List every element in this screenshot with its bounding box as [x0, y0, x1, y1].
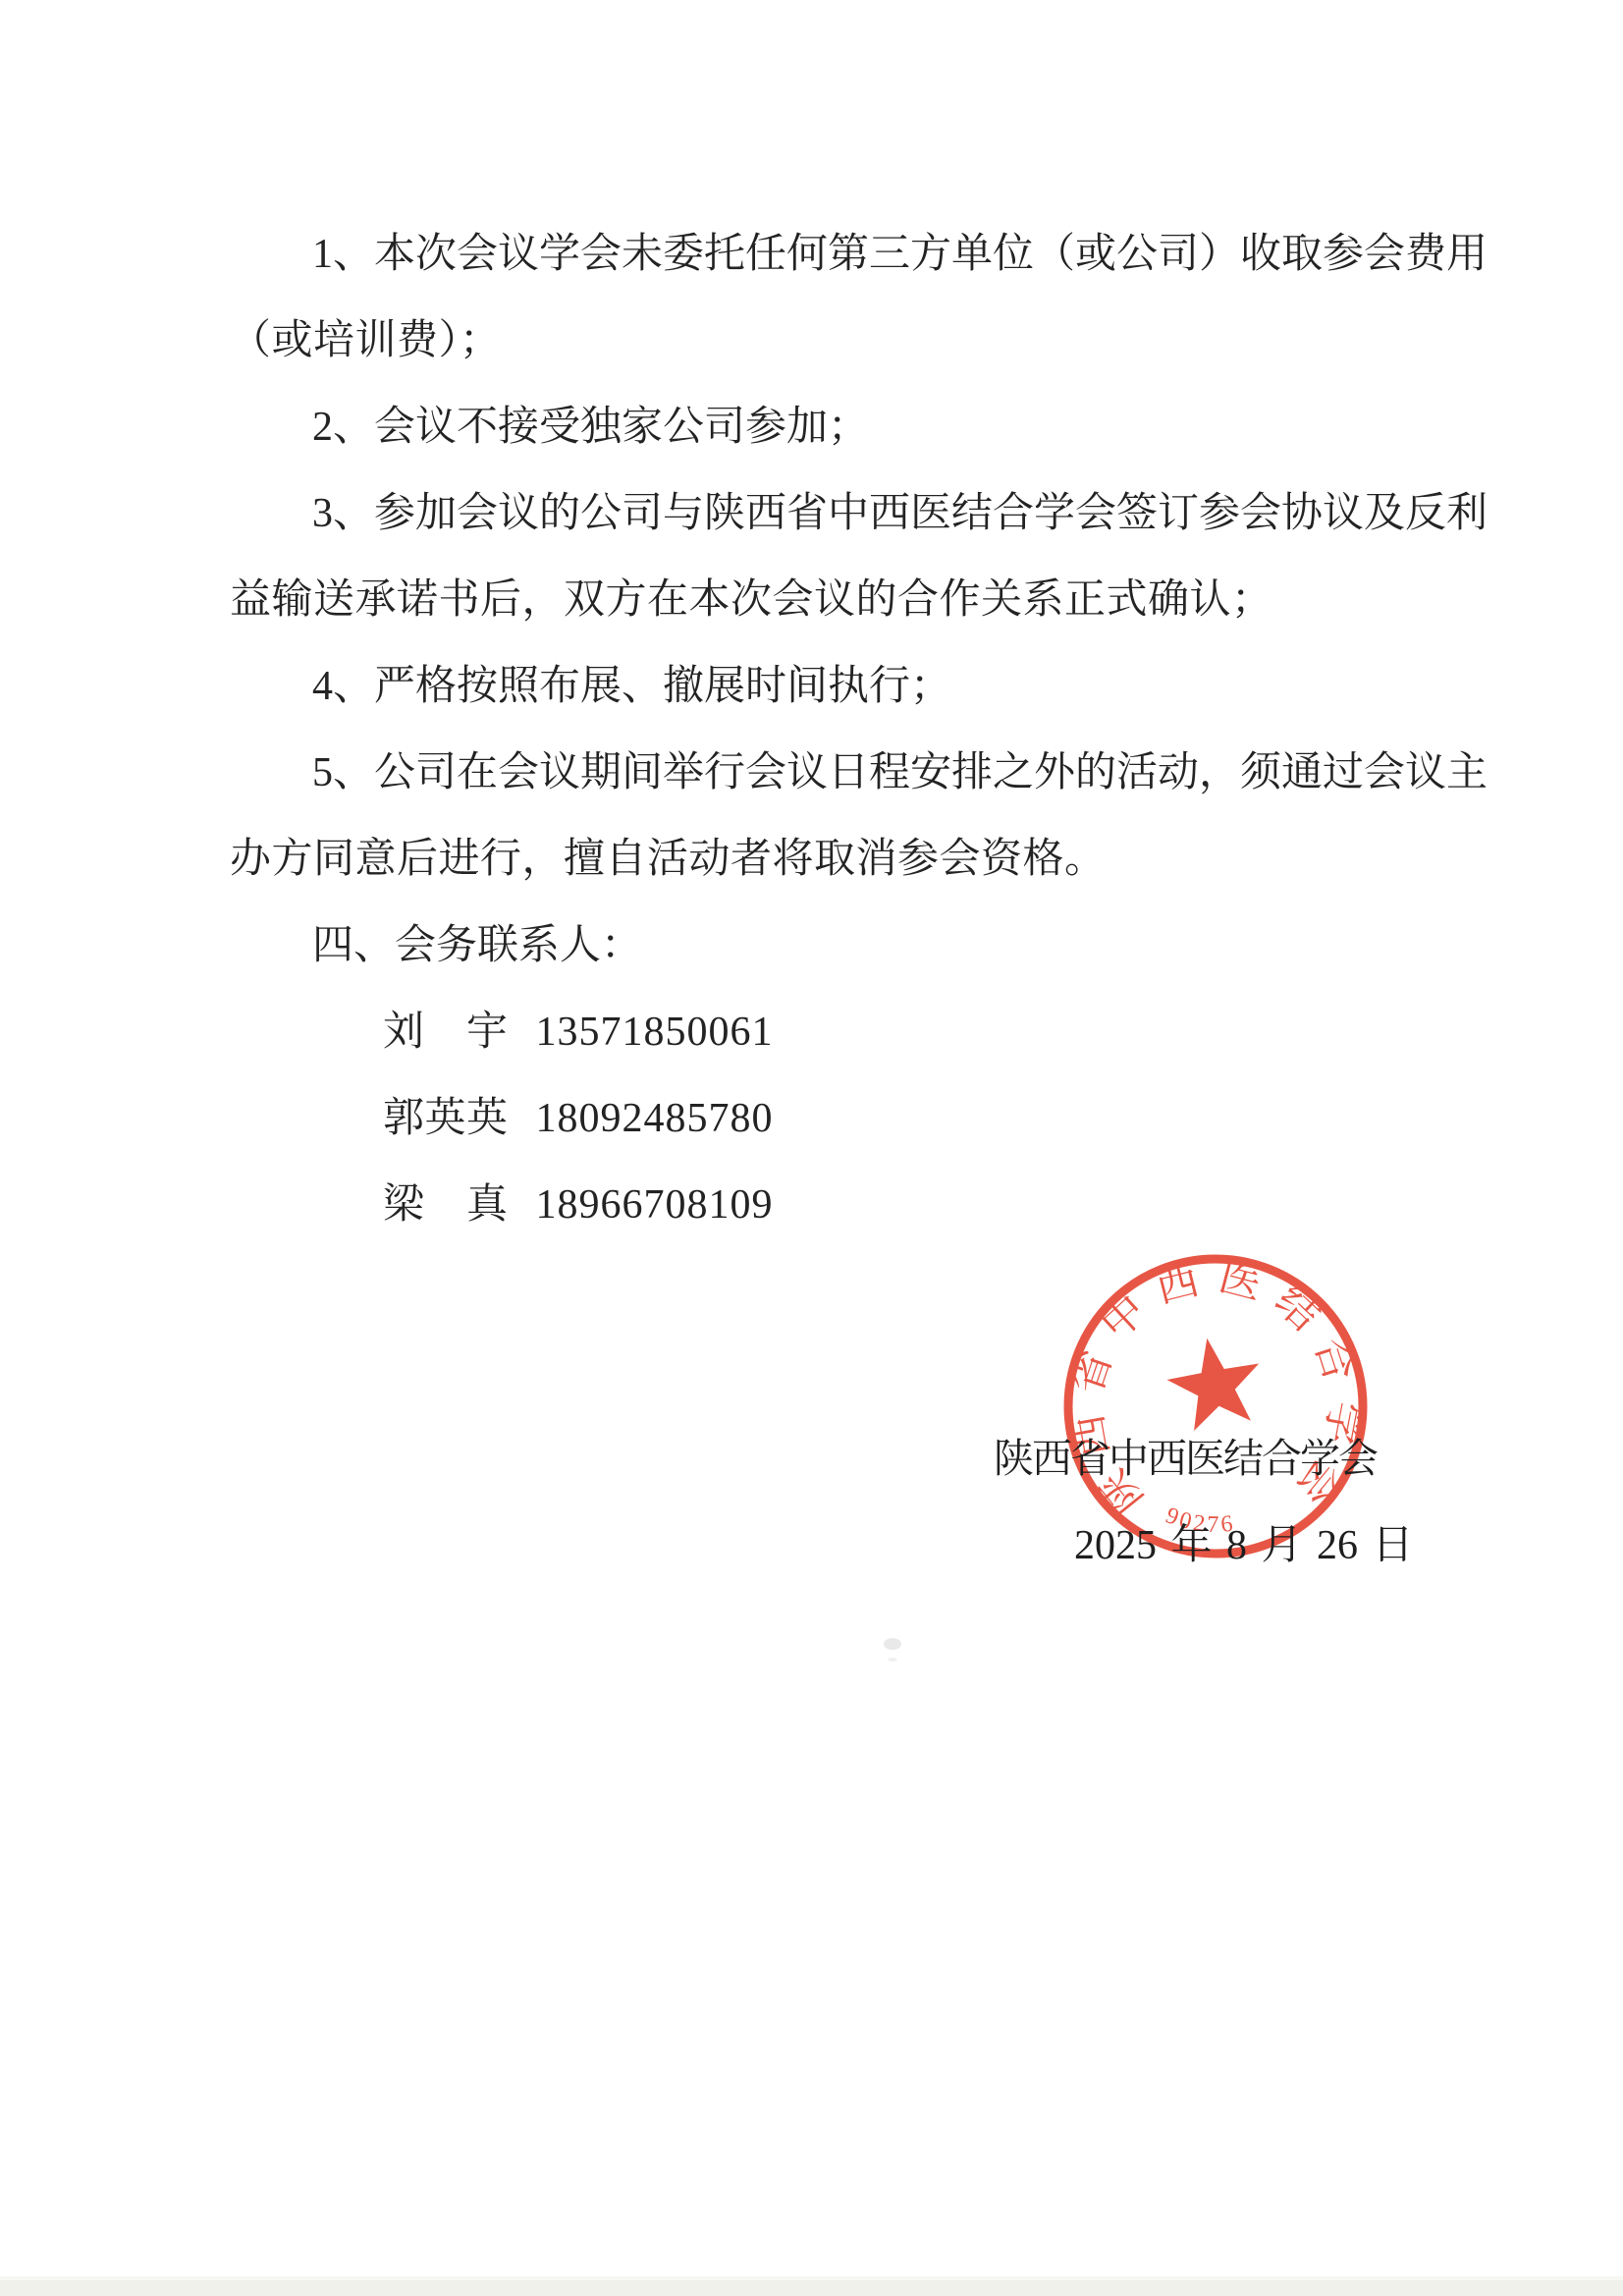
contact-name: 刘 宇 — [383, 989, 509, 1075]
contact-row: 梁 真18966708109 — [230, 1162, 1506, 1248]
contact-phone: 18966708109 — [536, 1162, 774, 1248]
body-line: 3、参加会议的公司与陕西省中西医结合学会签订参会协议及反利 — [230, 470, 1506, 557]
document-page: 1、本次会议学会未委托任何第三方单位（或公司）收取参会费用（或培训费）；2、会议… — [0, 0, 1623, 2296]
body-line: 2、会议不接受独家公司参加； — [230, 384, 1506, 470]
contact-phone: 18092485780 — [536, 1075, 774, 1162]
contact-row: 郭英英18092485780 — [230, 1075, 1506, 1162]
contact-name: 梁 真 — [383, 1162, 509, 1248]
document-body: 1、本次会议学会未委托任何第三方单位（或公司）收取参会费用（或培训费）；2、会议… — [230, 211, 1506, 1248]
contact-name: 郭英英 — [383, 1075, 509, 1162]
seal-star — [1161, 1331, 1268, 1435]
body-line: 办方同意后进行，擅自活动者将取消参会资格。 — [230, 816, 1506, 902]
body-line: 益输送承诺书后，双方在本次会议的合作关系正式确认； — [230, 557, 1506, 643]
scan-bottom-edge — [0, 2276, 1623, 2296]
signature-date: 2025 年 8 月 26 日 — [1074, 1512, 1414, 1571]
body-line: 5、公司在会议期间举行会议日程安排之外的活动，须通过会议主 — [230, 730, 1506, 816]
contact-phone: 13571850061 — [536, 989, 774, 1075]
body-line: 1、本次会议学会未委托任何第三方单位（或公司）收取参会费用 — [230, 211, 1506, 298]
scan-smudge-mark — [884, 1638, 901, 1650]
signature-organization: 陕西省中西医结合学会 — [994, 1426, 1377, 1484]
body-line: 4、严格按照布展、撤展时间执行； — [230, 643, 1506, 730]
body-line: （或培训费）； — [230, 298, 1506, 384]
contact-row: 刘 宇13571850061 — [230, 989, 1506, 1075]
body-line: 四、会务联系人： — [230, 902, 1506, 989]
